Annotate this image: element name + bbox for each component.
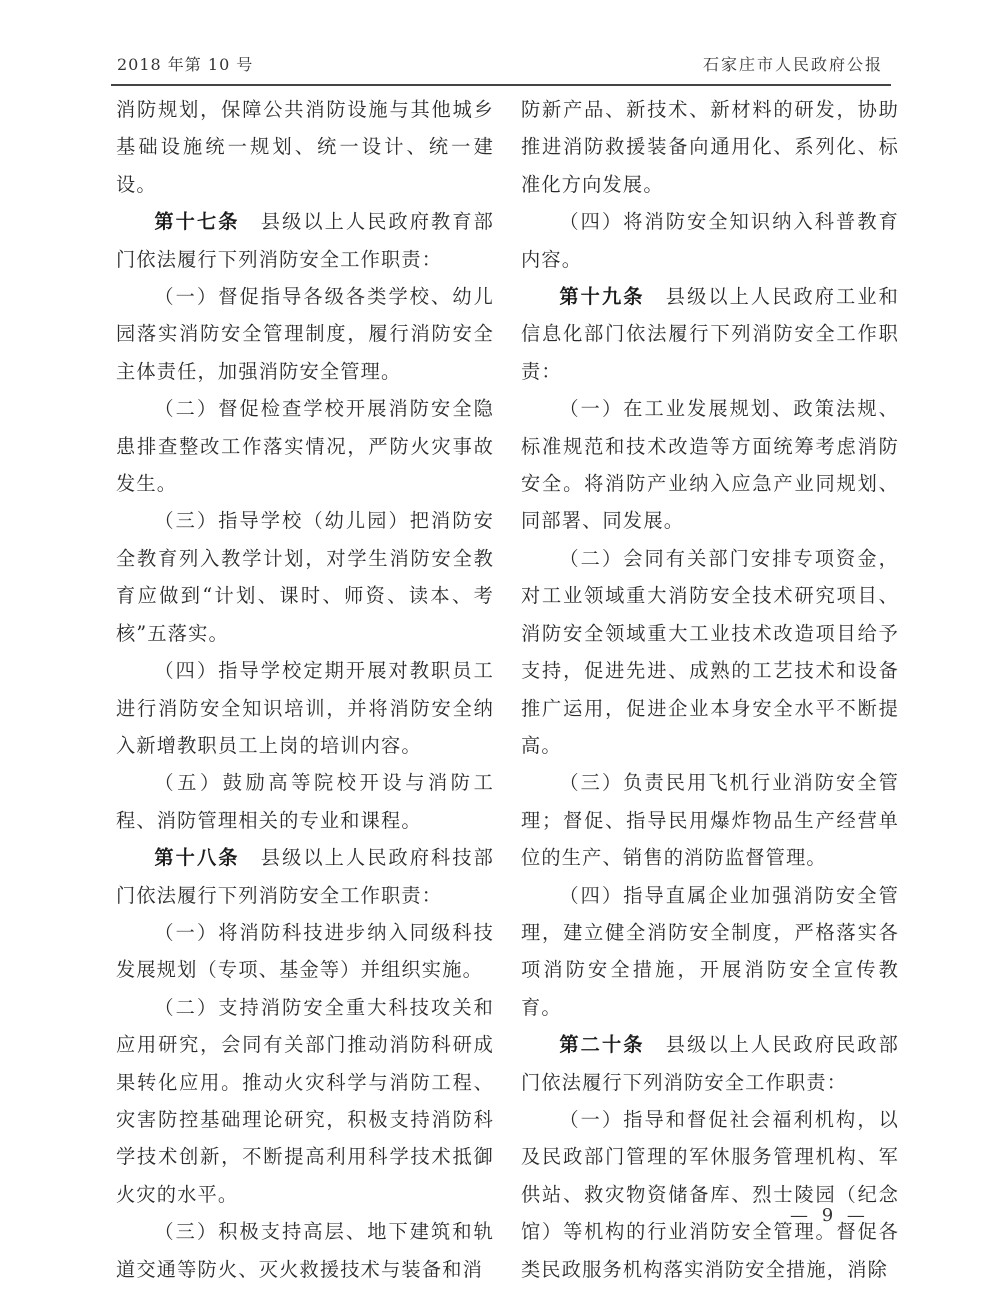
paragraph: （四）将消防安全知识纳入科普教育内容。 <box>521 203 899 278</box>
paragraph: （一）在工业发展规划、政策法规、标准规范和技术改造等方面统筹考虑消防安全。将消防… <box>521 390 899 540</box>
page-number: — 9 — <box>790 1205 869 1226</box>
article-18-heading: 第十八条 县级以上人民政府科技部门依法履行下列消防安全工作职责： <box>116 839 494 914</box>
paragraph: 消防规划，保障公共消防设施与其他城乡基础设施统一规划、统一设计、统一建设。 <box>116 91 494 203</box>
header-rule <box>111 84 891 86</box>
paragraph: （五）鼓励高等院校开设与消防工程、消防管理相关的专业和课程。 <box>116 764 494 839</box>
paragraph: （四）指导直属企业加强消防安全管理，建立健全消防安全制度，严格落实各项消防安全措… <box>521 877 899 1027</box>
left-column: 消防规划，保障公共消防设施与其他城乡基础设施统一规划、统一设计、统一建设。 第十… <box>116 91 494 1288</box>
paragraph: （三）指导学校（幼儿园）把消防安全教育列入教学计划，对学生消防安全教育应做到“计… <box>116 502 494 652</box>
right-column: 防新产品、新技术、新材料的研发，协助推进消防救援装备向通用化、系列化、标准化方向… <box>521 91 899 1288</box>
paragraph: （一）指导和督促社会福利机构，以及民政部门管理的军休服务管理机构、军供站、救灾物… <box>521 1101 899 1288</box>
running-header: 2018 年第 10 号 石家庄市人民政府公报 <box>113 52 889 76</box>
paragraph: （二）支持消防安全重大科技攻关和应用研究，会同有关部门推动消防科研成果转化应用。… <box>116 989 494 1213</box>
paragraph: （一）督促指导各级各类学校、幼儿园落实消防安全管理制度，履行消防安全主体责任，加… <box>116 278 494 390</box>
article-number: 第二十条 <box>559 1033 644 1056</box>
article-19-heading: 第十九条 县级以上人民政府工业和信息化部门依法履行下列消防安全工作职责： <box>521 278 899 390</box>
issue-label: 2018 年第 10 号 <box>117 52 253 75</box>
paragraph: （一）将消防科技进步纳入同级科技发展规划（专项、基金等）并组织实施。 <box>116 914 494 989</box>
article-number: 第十八条 <box>154 846 239 869</box>
paragraph: （三）负责民用飞机行业消防安全管理；督促、指导民用爆炸物品生产经营单位的生产、销… <box>521 764 899 876</box>
paragraph: 防新产品、新技术、新材料的研发，协助推进消防救援装备向通用化、系列化、标准化方向… <box>521 91 899 203</box>
paragraph: （三）积极支持高层、地下建筑和轨道交通等防火、灭火救援技术与装备和消 <box>116 1213 494 1288</box>
paragraph: （四）指导学校定期开展对教职员工进行消防安全知识培训，并将消防安全纳入新增教职员… <box>116 652 494 764</box>
article-20-heading: 第二十条 县级以上人民政府民政部门依法履行下列消防安全工作职责： <box>521 1026 899 1101</box>
publication-title: 石家庄市人民政府公报 <box>703 52 883 75</box>
article-17-heading: 第十七条 县级以上人民政府教育部门依法履行下列消防安全工作职责： <box>116 203 494 278</box>
article-number: 第十九条 <box>559 285 644 308</box>
paragraph: （二）会同有关部门安排专项资金，对工业领域重大消防安全技术研究项目、消防安全领域… <box>521 540 899 764</box>
article-number: 第十七条 <box>154 210 239 233</box>
paragraph: （二）督促检查学校开展消防安全隐患排查整改工作落实情况，严防火灾事故发生。 <box>116 390 494 502</box>
